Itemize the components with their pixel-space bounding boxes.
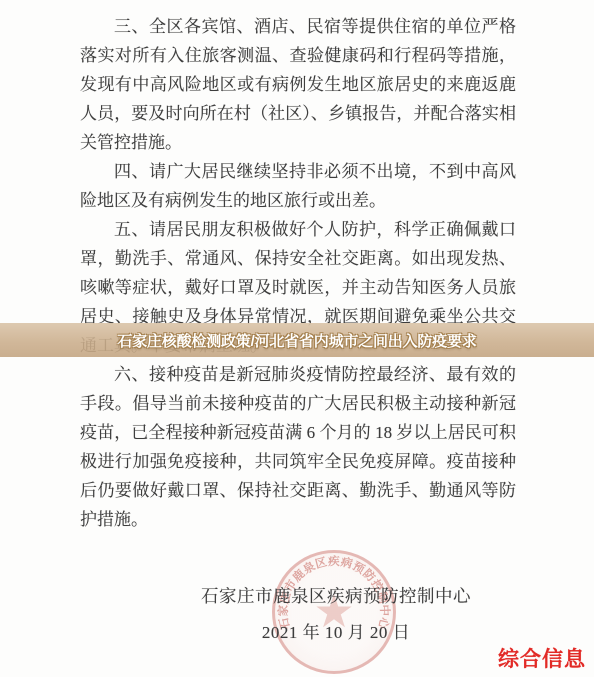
category-label: 综合信息 — [498, 643, 586, 673]
paragraph-item-4: 四、请广大居民继续坚持非必须不出境，不到中高风险地区及有病例发生的地区旅行或出差… — [80, 157, 516, 215]
notice-body: 三、全区各宾馆、酒店、民宿等提供住宿的单位严格落实对所有入住旅客测温、查验健康码… — [80, 12, 516, 534]
issue-date: 2021 年 10 月 20 日 — [0, 618, 594, 643]
paragraph-item-3: 三、全区各宾馆、酒店、民宿等提供住宿的单位严格落实对所有入住旅客测温、查验健康码… — [80, 12, 516, 157]
issuer-signature: 石家庄市鹿泉区疾病预防控制中心 — [0, 583, 594, 608]
paragraph-item-6: 六、接种疫苗是新冠肺炎疫情防控最经济、最有效的手段。倡导当前未接种疫苗的广大居民… — [80, 360, 516, 534]
official-seal-stamp: 石家庄市鹿泉区疾病预防控制中心 ★ — [272, 550, 396, 674]
scanned-notice-document: 三、全区各宾馆、酒店、民宿等提供住宿的单位严格落实对所有入住旅客测温、查验健康码… — [0, 0, 594, 677]
headline-banner: 石家庄核酸检测政策/河北省省内城市之间出入防疫要求 — [0, 323, 594, 357]
headline-banner-text: 石家庄核酸检测政策/河北省省内城市之间出入防疫要求 — [117, 330, 476, 351]
